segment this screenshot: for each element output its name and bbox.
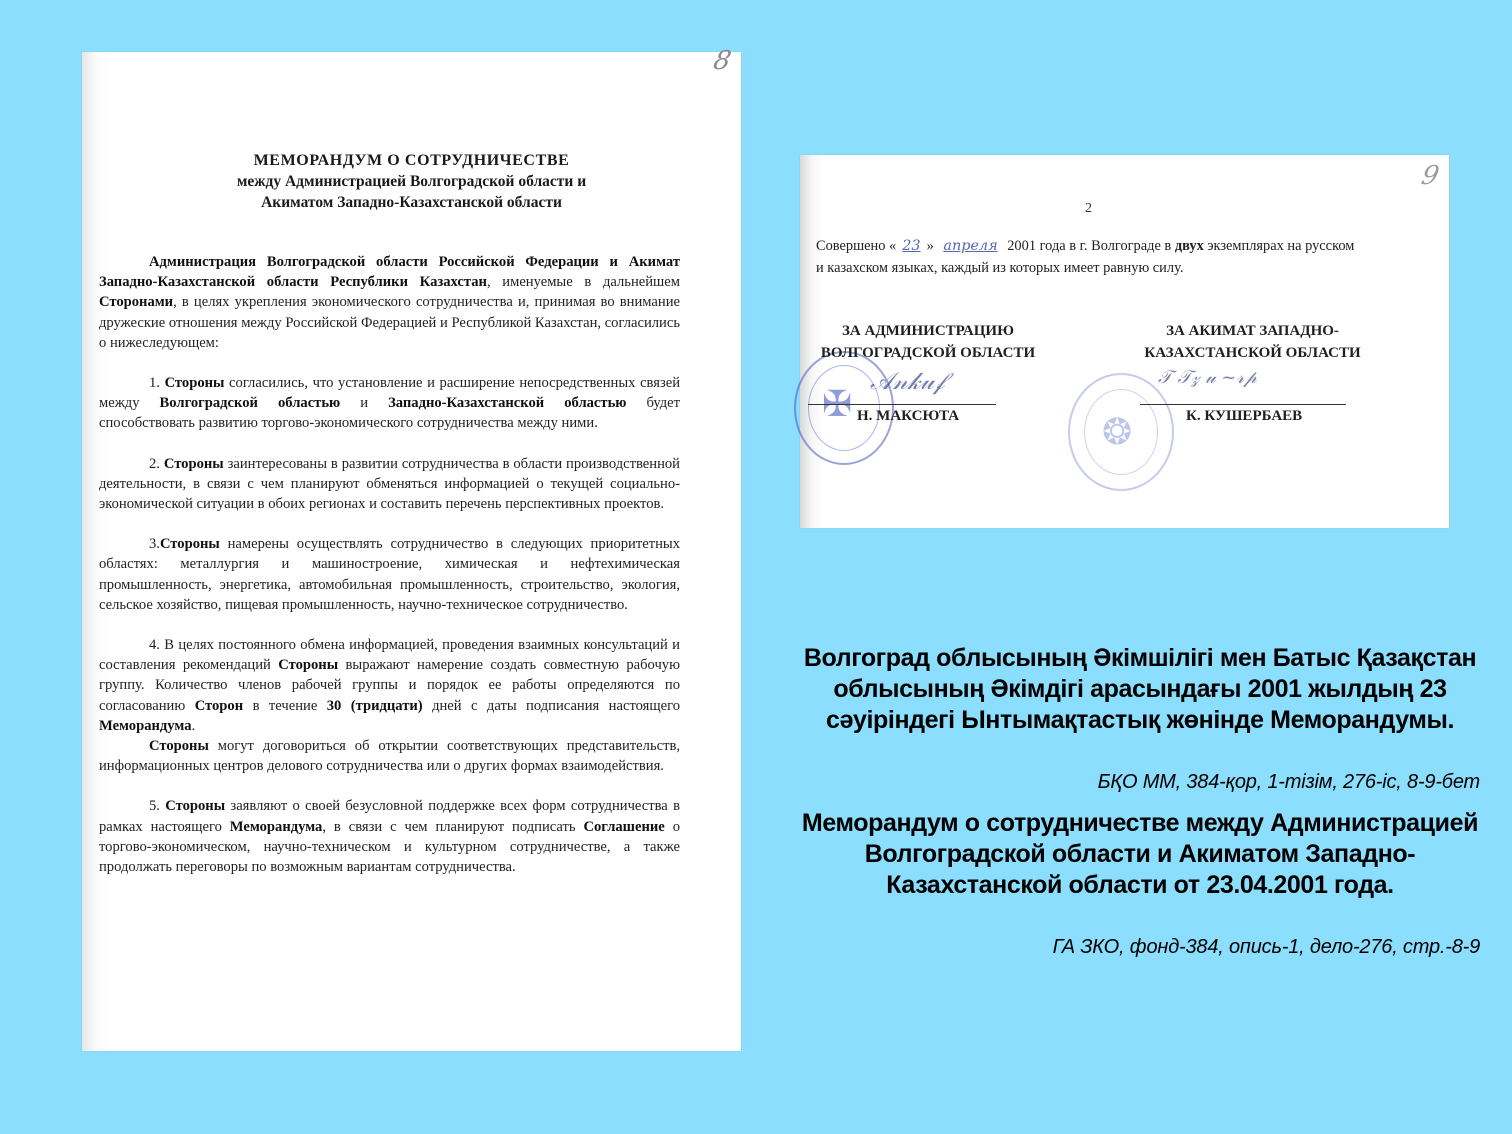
memorandum-paragraph-item-3: 3.Стороны намерены осуществлять сотрудни… xyxy=(99,534,680,615)
signature-line xyxy=(808,404,996,405)
kazakhstan-emblem-icon: ❂ xyxy=(1102,411,1132,453)
document-body: Администрация Волгоградской области Росс… xyxy=(99,252,680,877)
signatory-name-maksyuta: Н. МАКСЮТА xyxy=(857,408,959,425)
document-title-line-3: Акиматом Западно-Казахстанской области xyxy=(82,192,741,213)
memorandum-paragraph-item-1: 1. Стороны согласились, что установление… xyxy=(99,373,680,434)
memorandum-paragraph-preamble: Администрация Волгоградской области Росс… xyxy=(99,252,680,353)
memorandum-paragraph-item-4: 4. В целях постоянного обмена информацие… xyxy=(99,635,680,736)
memorandum-page-1: 8 МЕМОРАНДУМ О СОТРУДНИЧЕСТВЕ между Адми… xyxy=(82,52,741,1051)
archive-page-number-mark: 9 xyxy=(1419,161,1442,191)
handwritten-month: апреля xyxy=(937,238,1003,254)
page-number: 2 xyxy=(1085,201,1092,217)
west-kazakhstan-official-stamp: ❂ xyxy=(1068,373,1174,491)
signatory-name-kusherbaev: К. КУШЕРБАЕВ xyxy=(1186,408,1302,425)
caption-kazakh-archive-source: БҚО ММ, 384-қор, 1-тізім, 276-іс, 8-9-бе… xyxy=(1098,771,1480,794)
completion-clause: Совершено «23» апреля 2001 года в г. Вол… xyxy=(816,235,1361,279)
signature-kusherbaev: 𝒯 𝒯𝓏 𝓊 ~𝓇𝓅 xyxy=(1158,367,1257,388)
memorandum-paragraph-item-2: 2. Стороны заинтересованы в развитии сот… xyxy=(99,454,680,515)
signature-line xyxy=(1140,404,1346,405)
signature-maksyuta: 𝒜𝓃𝓀𝓊𝒻 xyxy=(870,367,945,395)
memorandum-page-2: 9 2 Совершено «23» апреля 2001 года в г.… xyxy=(800,155,1449,528)
signatory-west-kazakhstan-heading: ЗА АКИМАТ ЗАПАДНО- КАЗАХСТАНСКОЙ ОБЛАСТИ xyxy=(1120,320,1385,364)
memorandum-paragraph-item-5: 5. Стороны заявляют о своей безусловной … xyxy=(99,796,680,877)
document-title-line-2: между Администрацией Волгоградской облас… xyxy=(82,171,741,192)
caption-russian-title: Меморандум о сотрудничестве между Админи… xyxy=(800,808,1480,901)
memorandum-paragraph-item-4b: Стороны могут договориться об открытии с… xyxy=(99,736,680,776)
archive-page-number-mark: 8 xyxy=(711,46,734,76)
handwritten-day: 23 xyxy=(896,238,926,254)
signatory-volgograd-heading: ЗА АДМИНИСТРАЦИЮ ВОЛГОГРАДСКОЙ ОБЛАСТИ xyxy=(808,320,1048,364)
caption-russian-archive-source: ГА ЗКО, фонд-384, опись-1, дело-276, стр… xyxy=(1053,936,1480,959)
caption-kazakh-title: Волгоград облысының Әкімшілігі мен Батыс… xyxy=(800,643,1480,736)
document-title: МЕМОРАНДУМ О СОТРУДНИЧЕСТВЕ между Админи… xyxy=(82,150,741,213)
document-title-line-1: МЕМОРАНДУМ О СОТРУДНИЧЕСТВЕ xyxy=(82,150,741,171)
